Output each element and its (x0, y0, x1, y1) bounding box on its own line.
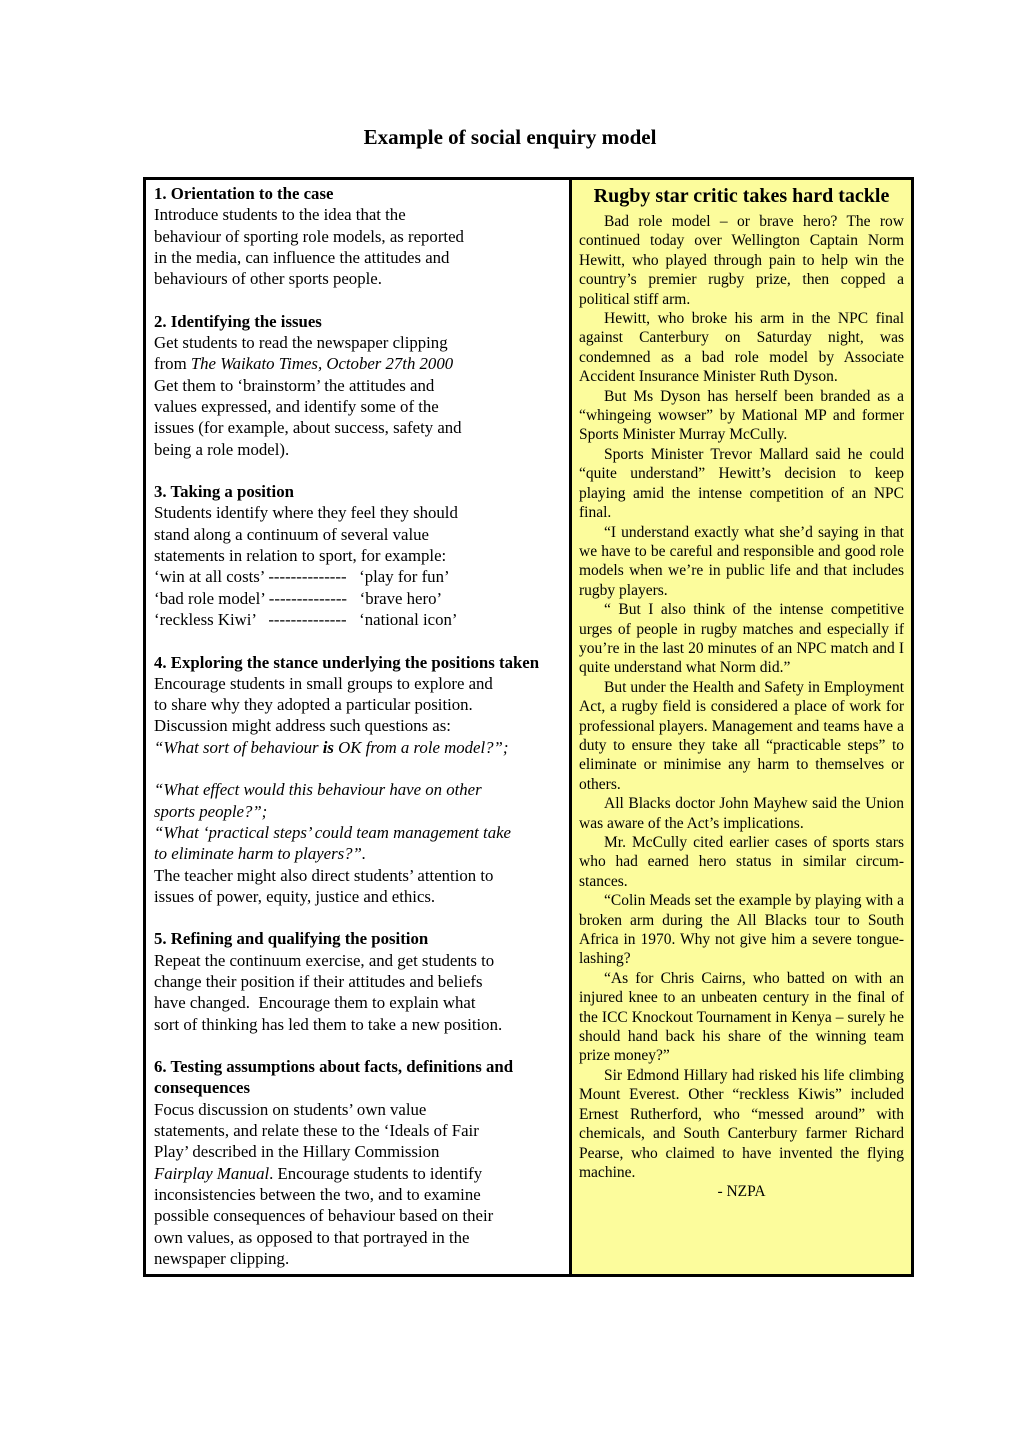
text-run: values expressed, and identify some of t… (154, 397, 439, 416)
text-run: Get students to read the newspaper clipp… (154, 333, 448, 352)
text-run: Fairplay Manual (154, 1164, 269, 1183)
lesson-steps-cell: 1. Orientation to the caseIntroduce stud… (145, 179, 571, 1276)
blank-line (154, 460, 562, 481)
text-run: Discussion might address such questions … (154, 716, 451, 735)
section-line: values expressed, and identify some of t… (154, 396, 562, 417)
article-paragraph: But under the Health and Safety in Emplo… (579, 678, 904, 794)
section-line: change their position if their attitudes… (154, 971, 562, 992)
document-page: Example of social enquiry model 1. Orien… (0, 0, 1020, 1443)
article-byline: - NZPA (579, 1182, 904, 1201)
text-run: ‘win at all costs’ -------------- ‘play … (154, 567, 450, 586)
lesson-section: 6. Testing assumptions about facts, defi… (154, 1056, 562, 1269)
blank-line (154, 758, 562, 779)
section-line: from The Waikato Times, October 27th 200… (154, 353, 562, 374)
text-run: sports people?”; (154, 802, 267, 821)
text-run: statements in relation to sport, for exa… (154, 546, 446, 565)
section-heading: 4. Exploring the stance underlying the p… (154, 652, 562, 673)
section-line: Get students to read the newspaper clipp… (154, 332, 562, 353)
section-line: to share why they adopted a particular p… (154, 694, 562, 715)
text-run: being a role model). (154, 440, 289, 459)
text-run: issues of power, equity, justice and eth… (154, 887, 435, 906)
article-headline: Rugby star critic takes hard tackle (579, 184, 904, 209)
article-paragraphs: Bad role model – or brave hero? The row … (579, 212, 904, 1182)
text-run: change their position if their attitudes… (154, 972, 483, 991)
article-paragraph: Sir Edmond Hillary had risked his life c… (579, 1066, 904, 1182)
section-line: Introduce students to the idea that the (154, 204, 562, 225)
section-line: to eliminate harm to players?”. (154, 843, 562, 864)
article-paragraph: All Blacks doctor John Mayhew said the U… (579, 794, 904, 833)
text-run: Focus discussion on students’ own value (154, 1100, 426, 1119)
article-paragraph: But Ms Dyson has herself been branded as… (579, 387, 904, 445)
text-run: issues (for example, about success, safe… (154, 418, 462, 437)
enquiry-table: 1. Orientation to the caseIntroduce stud… (143, 177, 914, 1277)
section-line: “What effect would this behaviour have o… (154, 779, 562, 800)
text-run: . Encourage students to identify (269, 1164, 482, 1183)
section-line: own values, as opposed to that portrayed… (154, 1227, 562, 1248)
section-line: in the media, can influence the attitude… (154, 247, 562, 268)
section-line: possible consequences of behaviour based… (154, 1205, 562, 1226)
section-line: issues of power, equity, justice and eth… (154, 886, 562, 907)
text-run: Repeat the continuum exercise, and get s… (154, 951, 494, 970)
lesson-section: 4. Exploring the stance underlying the p… (154, 652, 562, 929)
text-run: ‘bad role model’ -------------- ‘brave h… (154, 589, 442, 608)
section-line: ‘bad role model’ -------------- ‘brave h… (154, 588, 562, 609)
blank-line (154, 289, 562, 310)
section-line: issues (for example, about success, safe… (154, 417, 562, 438)
text-run: behaviour of sporting role models, as re… (154, 227, 464, 246)
section-line: being a role model). (154, 439, 562, 460)
section-line: “What ‘practical steps’ could team manag… (154, 822, 562, 843)
article-paragraph: Mr. McCully cited earlier cases of sport… (579, 833, 904, 891)
article-paragraph: “As for Chris Cairns, who batted on with… (579, 969, 904, 1066)
article-paragraph: Sports Minister Trevor Mallard said he c… (579, 445, 904, 523)
section-line: inconsistencies between the two, and to … (154, 1184, 562, 1205)
section-line: Get them to ‘brainstorm’ the attitudes a… (154, 375, 562, 396)
section-line: ‘reckless Kiwi’ -------------- ‘national… (154, 609, 562, 630)
section-line: stand along a continuum of several value (154, 524, 562, 545)
text-run: stand along a continuum of several value (154, 525, 429, 544)
article-paragraph: Hewitt, who broke his arm in the NPC fin… (579, 309, 904, 387)
text-run: Introduce students to the idea that the (154, 205, 406, 224)
section-line: Focus discussion on students’ own value (154, 1099, 562, 1120)
lesson-section: 1. Orientation to the caseIntroduce stud… (154, 183, 562, 311)
section-heading: 2. Identifying the issues (154, 311, 562, 332)
section-line: have changed. Encourage them to explain … (154, 992, 562, 1013)
text-run: in the media, can influence the attitude… (154, 248, 449, 267)
section-line: Repeat the continuum exercise, and get s… (154, 950, 562, 971)
text-run: “What effect would this behaviour have o… (154, 780, 482, 799)
section-heading: 6. Testing assumptions about facts, defi… (154, 1056, 562, 1099)
section-line: ‘win at all costs’ -------------- ‘play … (154, 566, 562, 587)
section-heading: 1. Orientation to the case (154, 183, 562, 204)
text-run: own values, as opposed to that portrayed… (154, 1228, 470, 1247)
text-run: “What sort of behaviour (154, 738, 323, 757)
section-line: statements in relation to sport, for exa… (154, 545, 562, 566)
section-line: newspaper clipping. (154, 1248, 562, 1269)
article-paragraph: “I understand exactly what she’d saying … (579, 523, 904, 601)
article-paragraph: Bad role model – or brave hero? The row … (579, 212, 904, 309)
text-run: Students identify where they feel they s… (154, 503, 458, 522)
text-run: Encourage students in small groups to ex… (154, 674, 493, 693)
blank-line (154, 1035, 562, 1056)
text-run: statements, and relate these to the ‘Ide… (154, 1121, 479, 1140)
text-run: is (323, 738, 334, 757)
blank-line (154, 630, 562, 651)
text-run: ‘reckless Kiwi’ -------------- ‘national… (154, 610, 457, 629)
text-run: inconsistencies between the two, and to … (154, 1185, 481, 1204)
news-article-cell: Rugby star critic takes hard tackle Bad … (571, 179, 913, 1276)
section-heading: 5. Refining and qualifying the position (154, 928, 562, 949)
text-run: have changed. Encourage them to explain … (154, 993, 476, 1012)
section-line: “What sort of behaviour is OK from a rol… (154, 737, 562, 758)
section-line: Fairplay Manual. Encourage students to i… (154, 1163, 562, 1184)
table-row: 1. Orientation to the caseIntroduce stud… (145, 179, 913, 1276)
section-line: Students identify where they feel they s… (154, 502, 562, 523)
section-heading: 3. Taking a position (154, 481, 562, 502)
section-line: Discussion might address such questions … (154, 715, 562, 736)
text-run: Get them to ‘brainstorm’ the attitudes a… (154, 376, 434, 395)
article-paragraph: “ But I also think of the intense compet… (579, 600, 904, 678)
section-line: sort of thinking has led them to take a … (154, 1014, 562, 1035)
section-line: statements, and relate these to the ‘Ide… (154, 1120, 562, 1141)
article-paragraph: “Colin Meads set the example by playing … (579, 891, 904, 969)
lesson-sections: 1. Orientation to the caseIntroduce stud… (154, 183, 562, 1269)
section-line: sports people?”; (154, 801, 562, 822)
text-run: to share why they adopted a particular p… (154, 695, 473, 714)
section-line: Encourage students in small groups to ex… (154, 673, 562, 694)
text-run: from (154, 354, 191, 373)
text-run: OK from a role model?”; (334, 738, 509, 757)
text-run: Play’ described in the Hillary Commissio… (154, 1142, 439, 1161)
section-line: behaviours of other sports people. (154, 268, 562, 289)
section-line: The teacher might also direct students’ … (154, 865, 562, 886)
blank-line (154, 907, 562, 928)
lesson-section: 5. Refining and qualifying the positionR… (154, 928, 562, 1056)
section-line: behaviour of sporting role models, as re… (154, 226, 562, 247)
text-run: to eliminate harm to players?”. (154, 844, 366, 863)
text-run: possible consequences of behaviour based… (154, 1206, 493, 1225)
text-run: “What ‘practical steps’ could team manag… (154, 823, 511, 842)
text-run: behaviours of other sports people. (154, 269, 382, 288)
lesson-section: 3. Taking a positionStudents identify wh… (154, 481, 562, 651)
section-line: Play’ described in the Hillary Commissio… (154, 1141, 562, 1162)
document-title: Example of social enquiry model (0, 124, 1020, 150)
text-run: sort of thinking has led them to take a … (154, 1015, 502, 1034)
lesson-section: 2. Identifying the issuesGet students to… (154, 311, 562, 481)
text-run: The teacher might also direct students’ … (154, 866, 493, 885)
text-run: newspaper clipping. (154, 1249, 289, 1268)
text-run: The Waikato Times, October 27th 2000 (191, 354, 453, 373)
